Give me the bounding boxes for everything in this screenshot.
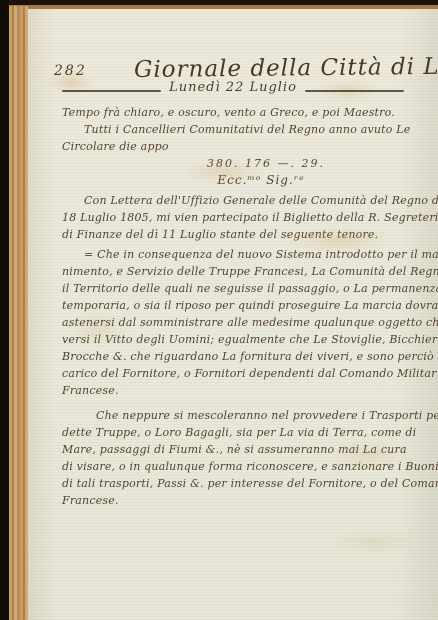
manuscript-line: Con Lettera dell'Uffizio Generale delle … [62,192,430,209]
manuscript-line: di tali trasporti, Passi &. per interess… [62,475,430,492]
page-stack-edge [9,6,28,620]
manuscript-line: Mare, passaggi di Fiumi &., nè si assume… [62,441,430,458]
manuscript-line: il Territorio delle quali ne seguisse il… [62,280,430,297]
manuscript-photo: 282 Giornale della Città di Livorno Lune… [0,0,438,620]
page-header: 282 Giornale della Città di Livorno [28,9,438,81]
weather-line: Tempo frà chiaro, e oscuro, vento a Grec… [62,104,430,121]
manuscript-line: Francese. [62,492,430,509]
manuscript-line: di Finanze del dì 11 Luglio stante del s… [62,226,430,243]
manuscript-line: 18 Luglio 1805, mi vien partecipato il B… [62,209,430,226]
manuscript-line: temporaria, o sia il riposo per quindi p… [62,297,430,314]
foxing-stain [328,529,418,555]
manuscript-body: Tempo frà chiaro, e oscuro, vento a Grec… [28,98,438,509]
book-top-edge [0,0,438,9]
manuscript-line: dette Truppe, o Loro Bagagli, sia per La… [62,424,430,441]
rule-left [62,90,161,92]
manuscript-line: Francese. [62,382,430,399]
reference-numbers: 380. 176 —. 29. [62,155,430,172]
rule-right [305,90,404,92]
manuscript-page: 282 Giornale della Città di Livorno Lune… [28,9,438,620]
manuscript-line: Che neppure si mescoleranno nel provvede… [62,407,430,424]
salutation: Ecc.ᵐᵒ Sig.ʳᵉ [62,172,430,189]
date-text: Lunedì 22 Luglio [161,80,305,95]
manuscript-line: = Che in consequenza del nuovo Sistema i… [62,246,430,263]
manuscript-line: astenersi dal somministrare alle medesim… [62,314,430,331]
manuscript-line: Brocche &. che riguardano La fornitura d… [62,348,430,365]
date-header: Lunedì 22 Luglio [62,83,404,98]
manuscript-line: Tutti i Cancellieri Comunitativi del Reg… [62,121,430,138]
manuscript-line: di visare, o in qualunque forma riconosc… [62,458,430,475]
book-binding-edge [0,0,9,620]
journal-title: Giornale della Città di Livorno [134,53,438,83]
manuscript-line: nimento, e Servizio delle Truppe Frances… [62,263,430,280]
page-number: 282 [54,63,87,79]
manuscript-line: versi il Vitto degli Uomini; egualmente … [62,331,430,348]
manuscript-line: Circolare die appo [62,138,430,155]
manuscript-line: carico del Fornitore, o Fornitori depend… [62,365,430,382]
